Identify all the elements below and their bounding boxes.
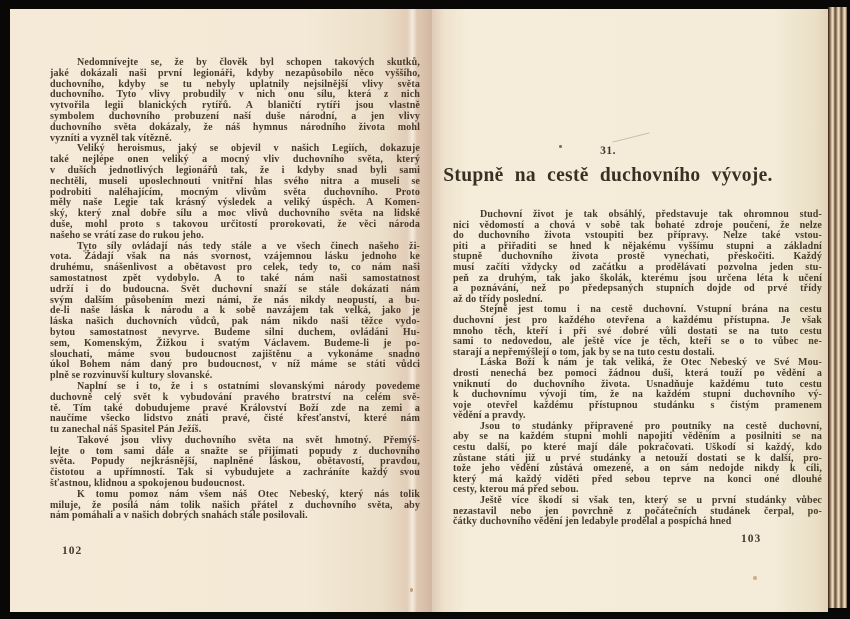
text-line: lejte o tom sami dále a snažte se přijím… bbox=[50, 446, 420, 457]
text-line: úkol Bohem nám daný pro budoucnost, v ní… bbox=[50, 359, 420, 370]
text-line: do duchovního života vstoupiti bez přípr… bbox=[453, 230, 822, 241]
paragraph: Takové jsou vlivy duchovního světa na sv… bbox=[50, 435, 420, 489]
paragraph: Láska Boží k nám je tak veliká, že Otec … bbox=[453, 357, 822, 421]
text-line: nechtěli, museli uposlechnouti vnitřní h… bbox=[50, 176, 420, 187]
text-line: bytou samostatnost nevyrve. Budeme silni… bbox=[50, 327, 420, 338]
text-line: sem, Komenským, Žižkou i svatým Václavem… bbox=[50, 338, 420, 349]
text-line: Tyto síly ovládají nás tedy stále a ve v… bbox=[50, 241, 420, 252]
text-line: udrží i do budoucna. Svět duchovní snaží… bbox=[50, 284, 420, 295]
text-line: který má každý viděti před sebou teprve … bbox=[453, 474, 822, 485]
text-line: Jsou to studánky připravené pro poutníky… bbox=[453, 421, 822, 432]
text-line: starají a nepřemýšlejí o tom, jak by se … bbox=[453, 347, 822, 358]
paragraph: Stejně jest tomu i na cestě duchovní. Vs… bbox=[453, 304, 822, 357]
text-line: Nedomnívejte se, že by člověk byl schope… bbox=[50, 57, 420, 68]
text-line: nici vědomostí a chová v sobě tak bohaté… bbox=[453, 220, 822, 231]
text-line: aby se na každém stupni mohli napojiti v… bbox=[453, 431, 822, 442]
ink-speck bbox=[559, 145, 562, 148]
paragraph: Jsou to studánky připravené pro poutníky… bbox=[453, 421, 822, 495]
text-line: Takové jsou vlivy duchovního světa na sv… bbox=[50, 435, 420, 446]
text-line: ský, který znal dobře sílu a moc vlivů d… bbox=[50, 208, 420, 219]
text-line: duchovní jest pro každého otevřena a kaž… bbox=[453, 315, 822, 326]
left-page-number: 102 bbox=[62, 545, 82, 557]
text-line: duše, mohl proto s takovou určitostí pro… bbox=[50, 219, 420, 230]
text-line: podrobiti naléhajícím, mocným vlivům svě… bbox=[50, 187, 420, 198]
text-line: vniknutí do duchovního života. Usnadňuje… bbox=[453, 379, 822, 390]
text-line: stupně duchovního života prostě vynechat… bbox=[453, 251, 822, 262]
text-line: cestu další, po které mají dále pokračov… bbox=[453, 442, 822, 453]
text-line: Veliký heroismus, jaký se objevil v naši… bbox=[50, 143, 420, 154]
text-line: zůstane státi již u prvé studánky a neto… bbox=[453, 453, 822, 464]
text-line: plně se rozvinuvší kultury slovanské. bbox=[50, 370, 420, 381]
chapter-title: Stupně na cestě duchovního vývoje. bbox=[440, 165, 776, 187]
text-line: našeho se vrátí zase do rukou jeho. bbox=[50, 230, 420, 241]
text-line: duchovního, kdyby se tu nebyly uplatnily… bbox=[50, 79, 420, 90]
paper-stain bbox=[753, 576, 757, 580]
text-line: čistotou a upřímností. Tak si vybudujete… bbox=[50, 467, 420, 478]
chapter-number: 31. bbox=[453, 145, 763, 157]
text-line: Ještě více škodí si však ten, který se u… bbox=[453, 495, 822, 506]
paragraph: Naplní se i to, že i s ostatními slovans… bbox=[50, 381, 420, 435]
paper-stain bbox=[410, 588, 413, 592]
text-line: musí začíti vždycky od začátku a prodělá… bbox=[453, 262, 822, 273]
text-line: tě. Tím také dobudujeme pravé Království… bbox=[50, 403, 420, 414]
left-page-body-text: Nedomnívejte se, že by člověk byl schope… bbox=[50, 57, 420, 521]
text-line: samostatnost zpět vydobylo. A to také ná… bbox=[50, 273, 420, 284]
text-line: peň za druhým, tak jako školák, kterému … bbox=[453, 273, 822, 284]
text-line: vota. Žádají však na nás svornost, vzáje… bbox=[50, 251, 420, 262]
text-line: světa. Popudy nejkrásnější, naplněné lás… bbox=[50, 456, 420, 467]
text-line: nezastavil nebo jen povrchně z počáteční… bbox=[453, 506, 822, 517]
text-line: Láska Boží k nám je tak veliká, že Otec … bbox=[453, 357, 822, 368]
text-line: vyzníti a vyzněl tak vítězně. bbox=[50, 133, 420, 144]
text-line: mnoho těch, kteří i při své dobré vůli d… bbox=[453, 326, 822, 337]
text-line: k duchovnímu vývoji tím, že na každém st… bbox=[453, 389, 822, 400]
text-line: čátky duchovního vědění jen ledabyle pro… bbox=[453, 516, 822, 527]
text-line: duchovního světa dokázaly, že náš hymnus… bbox=[50, 122, 420, 133]
paragraph: Nedomnívejte se, že by člověk byl schope… bbox=[50, 57, 420, 143]
text-line: drosti nenechá bez pomoci žádnou duši, k… bbox=[453, 368, 822, 379]
text-line: naučíme všecko lidstvo znáti pravé, čist… bbox=[50, 413, 420, 424]
text-line: vytvořila legii blanických rytířů. A bla… bbox=[50, 100, 420, 111]
paragraph: Ještě více škodí si však ten, který se u… bbox=[453, 495, 822, 527]
text-line: měly naše Legie tak krásný výsledek a ve… bbox=[50, 197, 420, 208]
text-line: v duších jednotlivých legionářů tak, že … bbox=[50, 165, 420, 176]
text-line: svým dalším působením mezi námi, že nás … bbox=[50, 295, 420, 306]
text-line: vědění a pravdy. bbox=[453, 410, 822, 421]
paragraph: Duchovní život je tak obsáhlý, představu… bbox=[453, 209, 822, 304]
text-line: miluje, že posílá nám tolik našich přáte… bbox=[50, 500, 420, 511]
text-line: sami to nedovedou, ale ještě více je těc… bbox=[453, 336, 822, 347]
text-line: slouchati, máme svou budoucnost zajištěn… bbox=[50, 349, 420, 360]
text-line: K tomu pomoz nám všem náš Otec Nebeský, … bbox=[50, 489, 420, 500]
text-line: také nejlépe onen veliký a mocný vliv du… bbox=[50, 154, 420, 165]
book-scan: Nedomnívejte se, že by člověk byl schope… bbox=[0, 0, 850, 619]
right-page-body-text: Duchovní život je tak obsáhlý, představu… bbox=[453, 209, 822, 527]
paper-stain bbox=[408, 504, 411, 507]
text-line: piti a přiřaditi se hned k nějakému vyšš… bbox=[453, 241, 822, 252]
text-line: Duchovní život je tak obsáhlý, představu… bbox=[453, 209, 822, 220]
text-line: duchovního. Tyto vlivy probudily v nich … bbox=[50, 89, 420, 100]
text-line: jaké dokázali naši první legionáři, kdyb… bbox=[50, 68, 420, 79]
paragraph: K tomu pomoz nám všem náš Otec Nebeský, … bbox=[50, 489, 420, 521]
text-line: Stejně jest tomu i na cestě duchovní. Vs… bbox=[453, 304, 822, 315]
text-line: duchovně celý svět k vybudování pravého … bbox=[50, 392, 420, 403]
right-page-number: 103 bbox=[741, 533, 761, 545]
text-line: druhému, snášenlivost a obětavost pro ce… bbox=[50, 262, 420, 273]
text-line: a poznávání, než po předepsaných stupníc… bbox=[453, 283, 822, 294]
text-line: cesty, kterou má před sebou. bbox=[453, 484, 822, 495]
book-page-edge-stack bbox=[828, 7, 847, 608]
text-line: šťastnou, klidnou a spokojenou budoucnos… bbox=[50, 478, 420, 489]
paragraph: Tyto síly ovládají nás tedy stále a ve v… bbox=[50, 241, 420, 381]
text-line: tože jeho vědění zůstává omezené, a on s… bbox=[453, 463, 822, 474]
text-line: de-li naše láska k národu a k sobě navzá… bbox=[50, 305, 420, 316]
text-line: symbolem duchovního probuzení naší duše … bbox=[50, 111, 420, 122]
text-line: tu zanechal náš Spasitel Pán Ježíš. bbox=[50, 424, 420, 435]
text-line: až do třídy poslední. bbox=[453, 294, 822, 305]
text-line: láska našich duchovních vůdců, pak nám n… bbox=[50, 316, 420, 327]
paragraph: Veliký heroismus, jaký se objevil v naši… bbox=[50, 143, 420, 240]
text-line: Naplní se i to, že i s ostatními slovans… bbox=[50, 381, 420, 392]
text-line: voje otevřel každému přístupnou studánku… bbox=[453, 400, 822, 411]
text-line: nám pomáhali a v našich dobrých snahách … bbox=[50, 510, 420, 521]
